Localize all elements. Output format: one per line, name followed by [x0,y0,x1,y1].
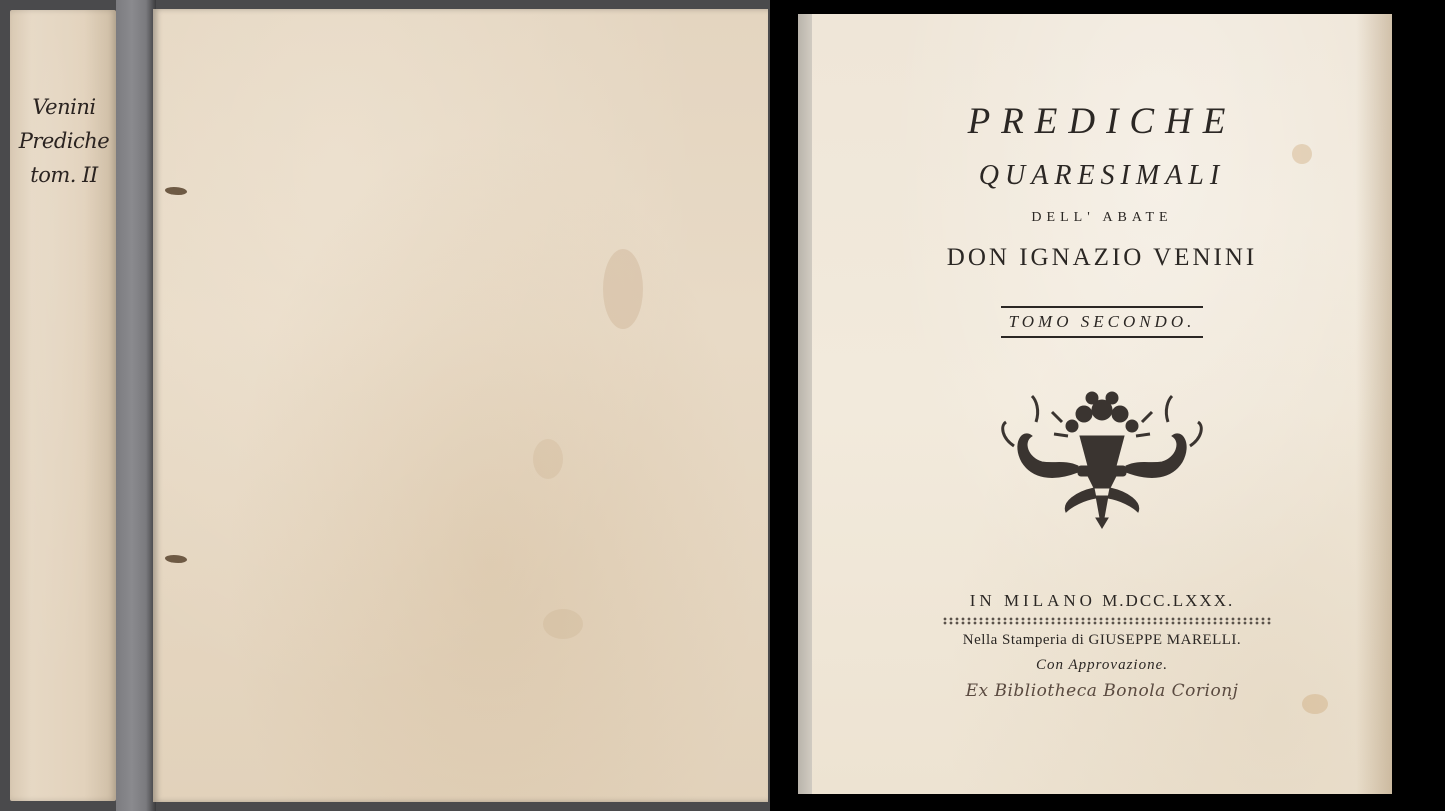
background-gap [116,0,156,811]
handwritten-inscription: Ex Bibliotheca Bonola Corionj [812,681,1392,701]
cover-stain [543,609,583,639]
printer-line: Nella Stamperia di GIUSEPPE MARELLI. [812,632,1392,649]
flower-basket-ornament-icon [992,382,1212,532]
author-prefix: DELL' ABATE [812,210,1392,226]
book-front-cover [153,9,768,802]
book-spine-and-cover-photo: Venini Prediche tom. II [0,0,770,811]
imprint-year: M.DCC.LXXX. [1102,591,1234,610]
spine-label-line: Prediche [16,124,112,158]
spine-handwritten-label: Venini Prediche tom. II [16,90,112,192]
cover-tie-mark [165,187,187,195]
dotted-rule [942,617,1272,625]
imprint-place-year: IN MILANO M.DCC.LXXX. [812,591,1392,611]
imprint-place: IN MILANO [970,591,1096,610]
cover-tie-mark [165,555,187,563]
title-page: PREDICHE QUARESIMALI DELL' ABATE DON IGN… [812,14,1392,794]
author-name: DON IGNAZIO VENINI [812,244,1392,272]
approval-line: Con Approvazione. [812,657,1392,674]
cover-stain [603,249,643,329]
spine-label-line: Venini [16,90,112,124]
title-page-photo: PREDICHE QUARESIMALI DELL' ABATE DON IGN… [770,0,1445,811]
spine-label-line: tom. II [16,158,112,192]
volume-label: TOMO SECONDO. [1001,306,1204,338]
book-spine: Venini Prediche tom. II [10,10,116,801]
book-title: PREDICHE [812,100,1392,143]
cover-stain [533,439,563,479]
volume-wrap: TOMO SECONDO. [812,306,1392,338]
book-subtitle: QUARESIMALI [812,160,1392,192]
